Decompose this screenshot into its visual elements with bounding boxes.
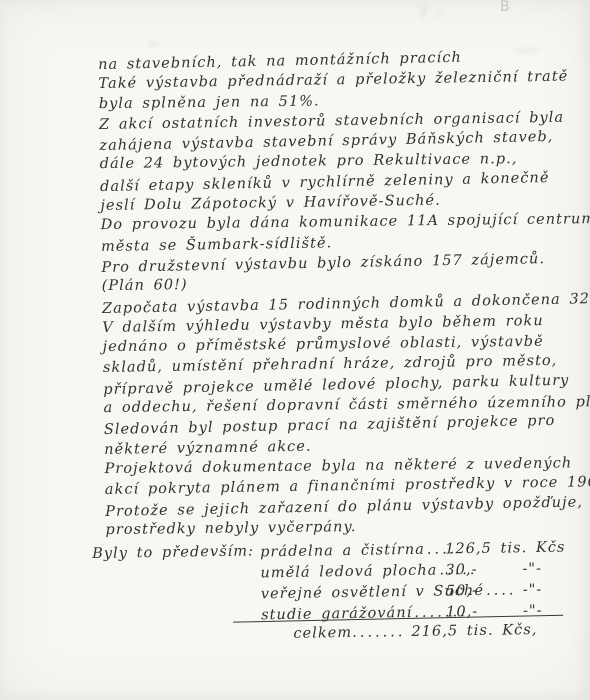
page-corner-mark: B [500,0,510,15]
pencil-smudge [421,5,427,19]
cost-ditto: -"- [522,559,542,580]
cost-ditto: -"- [523,601,543,622]
handwritten-text: na stavebních, tak na montážních pracích… [98,46,584,541]
cost-label: prádelna a čistírna [260,542,425,561]
total-amount: 216,5 tis. Kčs, [411,622,537,640]
cost-summary: Byly to především: prádelna a čistírna..… [92,537,573,629]
cost-amount: 50,- [446,581,478,603]
cost-total-row: celkem.......216,5 tis. Kčs, [293,622,537,642]
cost-amount: 10,- [446,602,478,624]
total-label: celkem [293,625,352,642]
pencil-smudge [437,10,440,18]
cost-amount: 126,5 tis. Kčs [445,538,566,561]
scanned-page: B na stavebních, tak na montážních prací… [0,0,590,700]
cost-list: prádelna a čistírna....126,5 tis. Kčsumě… [260,537,573,626]
cost-dots-leaders: .... [486,582,517,598]
cost-intro-label: Byly to především: [92,543,254,562]
cost-label: umělá ledová plocha [260,563,437,582]
cost-ditto: -"- [523,580,543,601]
total-dot-leaders: ....... [352,624,406,641]
pencil-smudge [148,42,158,46]
cost-amount: 30,- [445,560,477,582]
